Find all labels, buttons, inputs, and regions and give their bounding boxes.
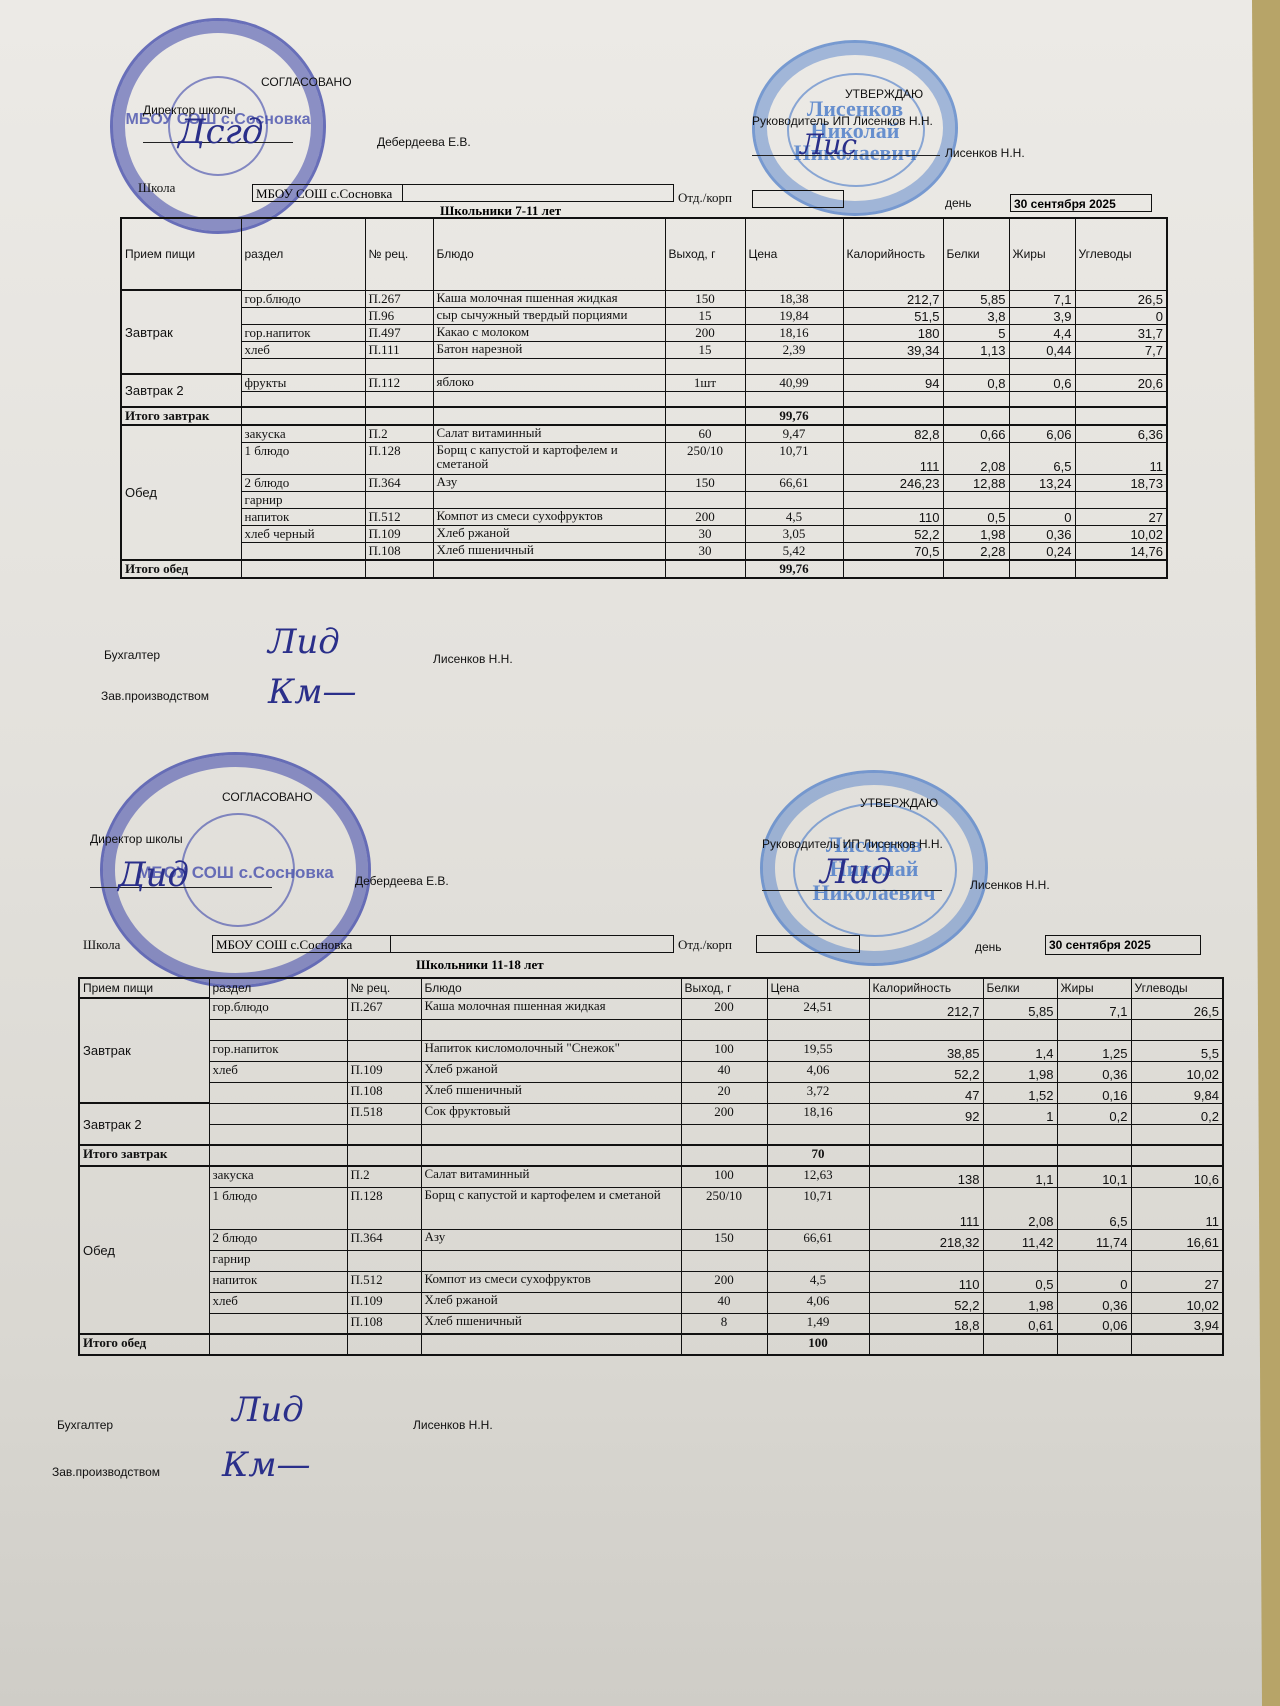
cell-fat	[1057, 1019, 1131, 1040]
table-row: 2 блюдоП.364Азу15066,61246,2312,8813,241…	[121, 475, 1167, 492]
cell-yield: 60	[665, 425, 745, 443]
table-row: гарнир	[79, 1250, 1223, 1271]
cell-price: 2,39	[745, 341, 843, 358]
cell-fat: 0,36	[1057, 1292, 1131, 1313]
column-header: Жиры	[1057, 978, 1131, 998]
cell-protein: 0,8	[943, 374, 1009, 391]
table-row: П.108Хлеб пшеничный203,72471,520,169,84	[79, 1082, 1223, 1103]
cell-dish	[433, 358, 665, 374]
cell-price: 4,06	[767, 1061, 869, 1082]
accountant-signature: Лид	[268, 622, 340, 662]
cell-section	[209, 1313, 347, 1334]
approved-left-title: СОГЛАСОВАНО	[222, 790, 313, 804]
cell-price: 10,71	[745, 443, 843, 475]
director-name: Дебердеева Е.В.	[355, 874, 449, 888]
cell-fat: 0,24	[1009, 543, 1075, 561]
cell-protein	[983, 1124, 1057, 1145]
cell-calories: 82,8	[843, 425, 943, 443]
cell-carbs: 10,02	[1131, 1061, 1223, 1082]
cell-section: напиток	[241, 509, 365, 526]
cell-fat: 1,25	[1057, 1040, 1131, 1061]
table-row: гор.напитокНапиток кисломолочный "Снежок…	[79, 1040, 1223, 1061]
table-row	[121, 391, 1167, 407]
cell-dish: Хлеб ржаной	[421, 1061, 681, 1082]
cell-price: 24,51	[767, 998, 869, 1019]
cell-calories	[869, 1250, 983, 1271]
cell-dish	[433, 492, 665, 509]
cell-recipe: П.109	[347, 1061, 421, 1082]
column-header: № рец.	[365, 218, 433, 290]
total-lunch-row: Итого обед100	[79, 1334, 1223, 1355]
cell-protein: 5,85	[983, 998, 1057, 1019]
cell-protein: 0,5	[943, 509, 1009, 526]
cell-recipe: П.108	[347, 1082, 421, 1103]
cell-yield: 15	[665, 341, 745, 358]
cell-recipe: П.518	[347, 1103, 421, 1124]
cell-dish: Какао с молоком	[433, 324, 665, 341]
cell-fat: 7,1	[1009, 290, 1075, 307]
cell-protein: 2,08	[943, 443, 1009, 475]
cell-section: гарнир	[241, 492, 365, 509]
cell-calories: 52,2	[843, 526, 943, 543]
cell-recipe: П.112	[365, 374, 433, 391]
cell-protein	[983, 1019, 1057, 1040]
total-label: Итого обед	[121, 560, 241, 578]
cell-protein: 3,8	[943, 307, 1009, 324]
column-header: раздел	[241, 218, 365, 290]
cell-price	[767, 1124, 869, 1145]
cell-protein: 0,5	[983, 1271, 1057, 1292]
cell-recipe: П.128	[365, 443, 433, 475]
cell-carbs: 5,5	[1131, 1040, 1223, 1061]
cell-dish: Каша молочная пшенная жидкая	[433, 290, 665, 307]
manager-name: Лисенков Н.Н.	[945, 146, 1025, 160]
cell-section: фрукты	[241, 374, 365, 391]
accountant-label: Бухгалтер	[57, 1418, 113, 1432]
cell-dish	[421, 1124, 681, 1145]
table-row	[79, 1019, 1223, 1040]
cell-recipe: П.267	[365, 290, 433, 307]
cell-protein	[943, 492, 1009, 509]
table-row: хлебП.109Хлеб ржаной404,0652,21,980,3610…	[79, 1061, 1223, 1082]
cell-price	[745, 492, 843, 509]
cell-section: 1 блюдо	[209, 1187, 347, 1229]
cell-section: 2 блюдо	[241, 475, 365, 492]
cell-dish: Хлеб пшеничный	[421, 1313, 681, 1334]
school-field: МБОУ СОШ с.Сосновка	[252, 184, 674, 202]
cell-recipe: П.2	[347, 1166, 421, 1187]
accountant-label: Бухгалтер	[104, 648, 160, 662]
table-row: напитокП.512Компот из смеси сухофруктов2…	[79, 1271, 1223, 1292]
cell-fat: 7,1	[1057, 998, 1131, 1019]
cell-calories: 94	[843, 374, 943, 391]
cell-protein: 12,88	[943, 475, 1009, 492]
cell-protein	[983, 1250, 1057, 1271]
meal-name: Обед	[79, 1166, 209, 1334]
total-price: 70	[767, 1145, 869, 1166]
cell-price: 19,84	[745, 307, 843, 324]
cell-protein: 0,61	[983, 1313, 1057, 1334]
cell-section: гарнир	[209, 1250, 347, 1271]
cell-fat: 6,06	[1009, 425, 1075, 443]
cell-recipe: П.111	[365, 341, 433, 358]
accountant-name: Лисенков Н.Н.	[413, 1418, 493, 1432]
cell-dish	[421, 1250, 681, 1271]
cell-fat: 0,6	[1009, 374, 1075, 391]
director-signature: Дид	[118, 855, 189, 895]
cell-protein: 11,42	[983, 1229, 1057, 1250]
cell-dish: Батон нарезной	[433, 341, 665, 358]
total-price: 100	[767, 1334, 869, 1355]
table-row: ОбедзакускаП.2Салат витаминный10012,6313…	[79, 1166, 1223, 1187]
cell-protein: 5	[943, 324, 1009, 341]
column-header: Калорийность	[843, 218, 943, 290]
cell-calories: 70,5	[843, 543, 943, 561]
cell-carbs: 31,7	[1075, 324, 1167, 341]
cell-fat: 0,36	[1009, 526, 1075, 543]
cell-yield: 200	[665, 509, 745, 526]
cell-protein: 1,98	[983, 1061, 1057, 1082]
cell-yield: 200	[665, 324, 745, 341]
cell-section: 1 блюдо	[241, 443, 365, 475]
cell-section	[209, 1103, 347, 1124]
cell-fat: 0,36	[1057, 1061, 1131, 1082]
cell-dish: Каша молочная пшенная жидкая	[421, 998, 681, 1019]
cell-recipe: П.512	[365, 509, 433, 526]
cell-yield: 150	[665, 475, 745, 492]
cell-recipe: П.128	[347, 1187, 421, 1229]
cell-fat: 0,44	[1009, 341, 1075, 358]
cell-dish	[433, 391, 665, 407]
cell-carbs	[1075, 358, 1167, 374]
cell-carbs	[1131, 1124, 1223, 1145]
cell-dish: Борщ с капустой и картофелем и сметаной	[433, 443, 665, 475]
cell-yield: 150	[665, 290, 745, 307]
approved-right-title: УТВЕРЖДАЮ	[860, 796, 938, 810]
cell-dish: Сок фруктовый	[421, 1103, 681, 1124]
cell-dish: Хлеб ржаной	[433, 526, 665, 543]
cell-calories: 180	[843, 324, 943, 341]
cell-price: 18,38	[745, 290, 843, 307]
cell-price: 4,5	[767, 1271, 869, 1292]
cell-price: 10,71	[767, 1187, 869, 1229]
meal-name: Завтрак 2	[121, 374, 241, 407]
cell-dish: яблоко	[433, 374, 665, 391]
cell-calories: 47	[869, 1082, 983, 1103]
cell-price: 40,99	[745, 374, 843, 391]
cell-carbs: 3,94	[1131, 1313, 1223, 1334]
table-row: гарнир	[121, 492, 1167, 509]
cell-yield: 30	[665, 543, 745, 561]
header-row: Прием пищираздел№ рец.БлюдоВыход, гЦенаК…	[79, 978, 1223, 998]
cell-dish: Напиток кисломолочный "Снежок"	[421, 1040, 681, 1061]
column-header: Цена	[745, 218, 843, 290]
header-row: Прием пищираздел№ рец.БлюдоВыход, гЦенаК…	[121, 218, 1167, 290]
cell-protein: 2,08	[983, 1187, 1057, 1229]
manager-signature: Лид	[820, 852, 892, 892]
cell-dish: Салат витаминный	[421, 1166, 681, 1187]
day-field: 30 сентября 2025	[1045, 935, 1201, 955]
cell-recipe	[365, 391, 433, 407]
accountant-name: Лисенков Н.Н.	[433, 652, 513, 666]
cell-fat: 0	[1057, 1271, 1131, 1292]
cell-fat: 0,16	[1057, 1082, 1131, 1103]
dept-label: Отд./корп	[678, 937, 732, 953]
total-label: Итого обед	[79, 1334, 209, 1355]
cell-section	[209, 1019, 347, 1040]
cell-fat: 11,74	[1057, 1229, 1131, 1250]
cell-calories: 111	[843, 443, 943, 475]
cell-carbs: 10,02	[1075, 526, 1167, 543]
cell-calories: 39,34	[843, 341, 943, 358]
director-label: Директор школы	[90, 832, 183, 846]
table-row: хлебП.109Хлеб ржаной404,0652,21,980,3610…	[79, 1292, 1223, 1313]
production-signature: Км—	[222, 1445, 311, 1485]
production-signature: Км—	[268, 672, 357, 712]
cell-dish: Азу	[421, 1229, 681, 1250]
total-label: Итого завтрак	[79, 1145, 209, 1166]
cell-calories: 51,5	[843, 307, 943, 324]
total-breakfast-row: Итого завтрак70	[79, 1145, 1223, 1166]
cell-protein: 1,1	[983, 1166, 1057, 1187]
cell-fat: 0,2	[1057, 1103, 1131, 1124]
table-row: 1 блюдоП.128Борщ с капустой и картофелем…	[121, 443, 1167, 475]
cell-section: хлеб	[241, 341, 365, 358]
table-caption: Школьники 11-18 лет	[416, 957, 544, 973]
column-header: Прием пищи	[79, 978, 209, 998]
table-row: гор.напитокП.497Какао с молоком20018,161…	[121, 324, 1167, 341]
cell-carbs: 0	[1075, 307, 1167, 324]
cell-calories	[869, 1019, 983, 1040]
total-price: 99,76	[745, 407, 843, 425]
school-label: Школа	[138, 180, 175, 196]
cell-fat: 4,4	[1009, 324, 1075, 341]
cell-recipe	[347, 1040, 421, 1061]
table-row	[79, 1124, 1223, 1145]
cell-carbs: 20,6	[1075, 374, 1167, 391]
cell-price	[767, 1250, 869, 1271]
cell-price: 66,61	[745, 475, 843, 492]
table-row	[121, 358, 1167, 374]
cell-calories: 218,32	[869, 1229, 983, 1250]
dept-field	[752, 190, 844, 208]
cell-carbs: 11	[1075, 443, 1167, 475]
manager-signature: Лис	[800, 128, 857, 161]
cell-yield: 1шт	[665, 374, 745, 391]
cell-fat: 13,24	[1009, 475, 1075, 492]
cell-fat: 6,5	[1009, 443, 1075, 475]
cell-section	[241, 358, 365, 374]
cell-protein	[943, 358, 1009, 374]
cell-yield	[665, 358, 745, 374]
table-row: 2 блюдоП.364Азу15066,61218,3211,4211,741…	[79, 1229, 1223, 1250]
cell-section: гор.напиток	[241, 324, 365, 341]
cell-section: хлеб черный	[241, 526, 365, 543]
cell-price: 12,63	[767, 1166, 869, 1187]
column-header: Выход, г	[665, 218, 745, 290]
manager-label: Руководитель ИП Лисенков Н.Н.	[762, 837, 943, 851]
cell-carbs: 14,76	[1075, 543, 1167, 561]
cell-carbs: 7,7	[1075, 341, 1167, 358]
cell-protein: 5,85	[943, 290, 1009, 307]
cell-price: 66,61	[767, 1229, 869, 1250]
column-header: Калорийность	[869, 978, 983, 998]
cell-dish: сыр сычужный твердый порциями	[433, 307, 665, 324]
cell-yield	[681, 1124, 767, 1145]
cell-yield: 200	[681, 998, 767, 1019]
cell-section: закуска	[209, 1166, 347, 1187]
column-header: раздел	[209, 978, 347, 998]
cell-protein: 1,4	[983, 1040, 1057, 1061]
cell-yield: 15	[665, 307, 745, 324]
approved-left-title: СОГЛАСОВАНО	[261, 75, 352, 89]
cell-yield: 100	[681, 1166, 767, 1187]
cell-yield	[681, 1250, 767, 1271]
cell-yield: 200	[681, 1103, 767, 1124]
cell-fat: 3,9	[1009, 307, 1075, 324]
cell-section	[209, 1082, 347, 1103]
meal-name: Завтрак 2	[79, 1103, 209, 1145]
cell-fat: 6,5	[1057, 1187, 1131, 1229]
cell-price: 3,05	[745, 526, 843, 543]
table-row: Завтракгор.блюдоП.267Каша молочная пшенн…	[121, 290, 1167, 307]
day-label: день	[975, 940, 1002, 954]
cell-recipe	[347, 1019, 421, 1040]
cell-recipe: П.109	[365, 526, 433, 543]
cell-recipe	[365, 492, 433, 509]
cell-price: 4,06	[767, 1292, 869, 1313]
cell-carbs: 0,2	[1131, 1103, 1223, 1124]
cell-calories: 52,2	[869, 1292, 983, 1313]
cell-protein: 0,66	[943, 425, 1009, 443]
cell-protein: 2,28	[943, 543, 1009, 561]
cell-dish	[421, 1019, 681, 1040]
dept-label: Отд./корп	[678, 190, 732, 206]
cell-price: 19,55	[767, 1040, 869, 1061]
cell-yield: 8	[681, 1313, 767, 1334]
director-name: Дебердеева Е.В.	[377, 135, 471, 149]
cell-carbs: 10,02	[1131, 1292, 1223, 1313]
menu-table: Прием пищираздел№ рец.БлюдоВыход, гЦенаК…	[120, 217, 1168, 579]
cell-yield: 30	[665, 526, 745, 543]
cell-fat: 10,1	[1057, 1166, 1131, 1187]
cell-carbs: 18,73	[1075, 475, 1167, 492]
cell-yield: 200	[681, 1271, 767, 1292]
director-signature: Дсгд	[178, 112, 263, 152]
cell-recipe: П.267	[347, 998, 421, 1019]
cell-recipe: П.108	[365, 543, 433, 561]
cell-price: 18,16	[745, 324, 843, 341]
cell-price	[745, 358, 843, 374]
cell-calories: 212,7	[843, 290, 943, 307]
cell-price	[767, 1019, 869, 1040]
column-header: Углеводы	[1075, 218, 1167, 290]
cell-section	[209, 1124, 347, 1145]
cell-section: напиток	[209, 1271, 347, 1292]
cell-section	[241, 543, 365, 561]
meal-name: Обед	[121, 425, 241, 560]
cell-protein: 1,52	[983, 1082, 1057, 1103]
cell-calories: 52,2	[869, 1061, 983, 1082]
cell-calories: 246,23	[843, 475, 943, 492]
total-price: 99,76	[745, 560, 843, 578]
cell-fat	[1009, 391, 1075, 407]
cell-calories	[843, 358, 943, 374]
total-breakfast-row: Итого завтрак99,76	[121, 407, 1167, 425]
column-header: Прием пищи	[121, 218, 241, 290]
cell-fat	[1057, 1250, 1131, 1271]
cell-yield: 100	[681, 1040, 767, 1061]
cell-price: 9,47	[745, 425, 843, 443]
cell-calories	[843, 492, 943, 509]
cell-yield: 150	[681, 1229, 767, 1250]
cell-protein: 1,98	[983, 1292, 1057, 1313]
cell-section: хлеб	[209, 1061, 347, 1082]
cell-yield: 20	[681, 1082, 767, 1103]
cell-section: гор.напиток	[209, 1040, 347, 1061]
cell-yield: 40	[681, 1061, 767, 1082]
cell-yield	[665, 391, 745, 407]
column-header: Цена	[767, 978, 869, 998]
column-header: Блюдо	[421, 978, 681, 998]
cell-recipe: П.2	[365, 425, 433, 443]
cell-recipe	[347, 1124, 421, 1145]
school-label: Школа	[83, 937, 120, 953]
total-lunch-row: Итого обед99,76	[121, 560, 1167, 578]
cell-carbs: 6,36	[1075, 425, 1167, 443]
cell-calories: 110	[843, 509, 943, 526]
cell-dish: Азу	[433, 475, 665, 492]
school-field: МБОУ СОШ с.Сосновка	[212, 935, 674, 953]
cell-price: 1,49	[767, 1313, 869, 1334]
cell-recipe: П.512	[347, 1271, 421, 1292]
cell-recipe: П.364	[365, 475, 433, 492]
cell-recipe	[365, 358, 433, 374]
cell-recipe: П.109	[347, 1292, 421, 1313]
table-row: ОбедзакускаП.2Салат витаминный609,4782,8…	[121, 425, 1167, 443]
cell-calories: 92	[869, 1103, 983, 1124]
table-row: П.108Хлеб пшеничный305,4270,52,280,2414,…	[121, 543, 1167, 561]
cell-carbs: 27	[1131, 1271, 1223, 1292]
table-row: Завтракгор.блюдоП.267Каша молочная пшенн…	[79, 998, 1223, 1019]
table-row: П.96сыр сычужный твердый порциями1519,84…	[121, 307, 1167, 324]
column-header: Углеводы	[1131, 978, 1223, 998]
cell-dish: Хлеб ржаной	[421, 1292, 681, 1313]
day-label: день	[945, 196, 972, 210]
cell-dish: Хлеб пшеничный	[421, 1082, 681, 1103]
table-row: Завтрак 2фруктыП.112яблоко1шт40,99940,80…	[121, 374, 1167, 391]
cell-section: гор.блюдо	[209, 998, 347, 1019]
total-label: Итого завтрак	[121, 407, 241, 425]
meal-name: Завтрак	[121, 290, 241, 374]
day-field: 30 сентября 2025	[1010, 194, 1152, 212]
cell-price	[745, 391, 843, 407]
cell-carbs	[1075, 492, 1167, 509]
cell-fat: 0,06	[1057, 1313, 1131, 1334]
cell-section: закуска	[241, 425, 365, 443]
cell-dish: Хлеб пшеничный	[433, 543, 665, 561]
cell-recipe: П.96	[365, 307, 433, 324]
cell-carbs: 27	[1075, 509, 1167, 526]
column-header: Белки	[943, 218, 1009, 290]
cell-section: гор.блюдо	[241, 290, 365, 307]
production-label: Зав.производством	[52, 1465, 160, 1479]
cell-recipe: П.108	[347, 1313, 421, 1334]
cell-dish: Компот из смеси сухофруктов	[421, 1271, 681, 1292]
cell-carbs	[1131, 1250, 1223, 1271]
cell-fat	[1009, 358, 1075, 374]
cell-calories: 138	[869, 1166, 983, 1187]
